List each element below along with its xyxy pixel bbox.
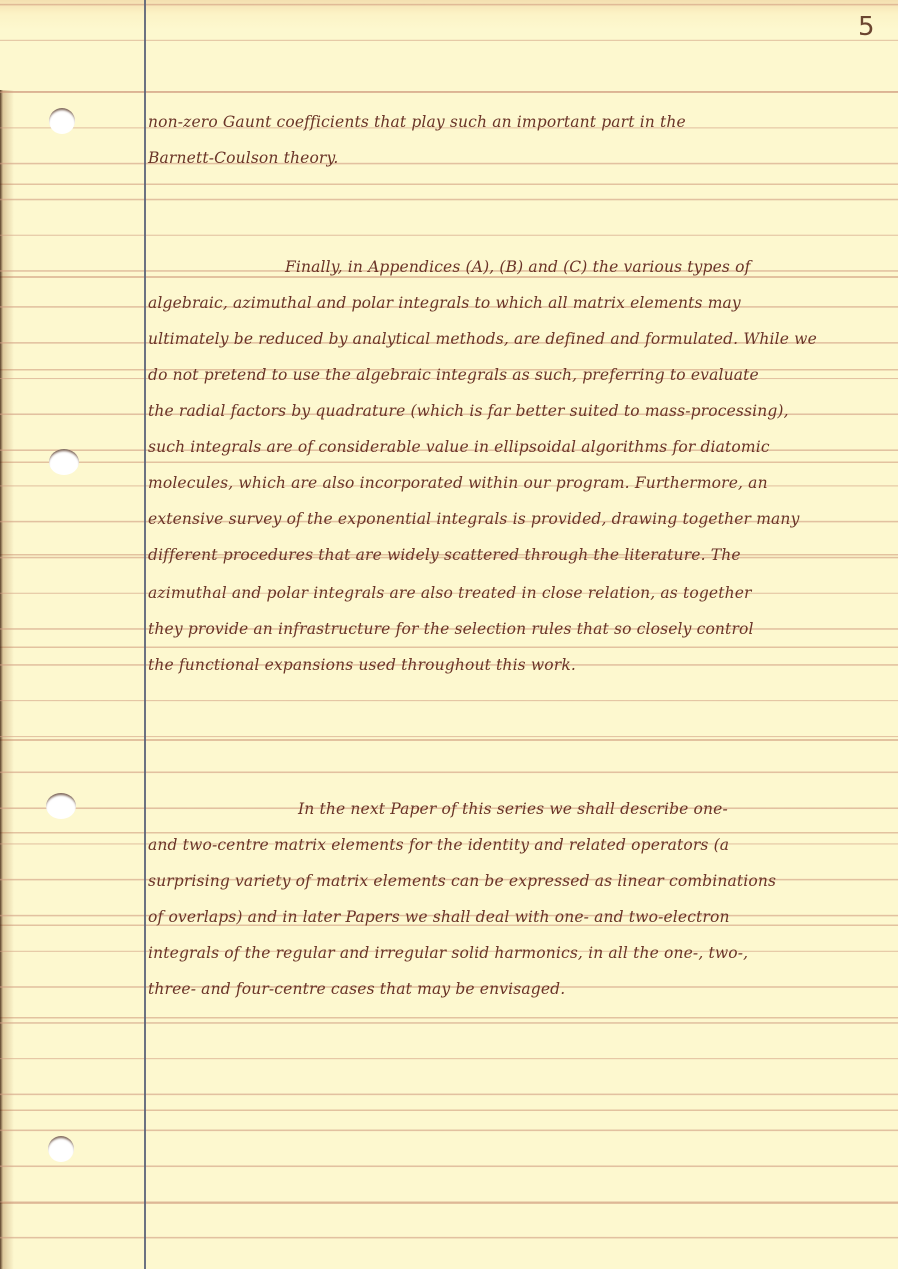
- text-line: Barnett-Coulson theory.: [148, 149, 338, 167]
- notebook-page: 5 non-zero Gaunt coefficients that play …: [0, 0, 898, 1269]
- text-line: Finally, in Appendices (A), (B) and (C) …: [285, 258, 751, 276]
- text-line: integrals of the regular and irregular s…: [148, 944, 748, 962]
- text-line: the radial factors by quadrature (which …: [148, 402, 789, 420]
- text-line: and two-centre matrix elements for the i…: [148, 836, 729, 854]
- text-line: do not pretend to use the algebraic inte…: [148, 366, 759, 384]
- text-line: surprising variety of matrix elements ca…: [148, 872, 776, 890]
- text-line: molecules, which are also incorporated w…: [148, 474, 768, 492]
- punch-hole: [49, 108, 75, 134]
- text-line: of overlaps) and in later Papers we shal…: [148, 908, 730, 926]
- top-edge: [0, 0, 898, 90]
- text-line: different procedures that are widely sca…: [148, 546, 741, 564]
- punch-hole: [49, 449, 79, 475]
- page-number: 5: [858, 12, 875, 42]
- text-line: the functional expansions used throughou…: [148, 656, 576, 674]
- text-line: ultimately be reduced by analytical meth…: [148, 330, 817, 348]
- punch-hole: [46, 793, 76, 819]
- text-line: such integrals are of considerable value…: [148, 438, 770, 456]
- text-line: three- and four-centre cases that may be…: [148, 980, 565, 998]
- punch-hole: [48, 1136, 74, 1162]
- text-line: non-zero Gaunt coefficients that play su…: [148, 113, 686, 131]
- text-line: In the next Paper of this series we shal…: [298, 800, 728, 818]
- text-line: algebraic, azimuthal and polar integrals…: [148, 294, 741, 312]
- text-line: azimuthal and polar integrals are also t…: [148, 584, 752, 602]
- text-line: they provide an infrastructure for the s…: [148, 620, 754, 638]
- margin-line: [144, 0, 146, 1269]
- text-line: extensive survey of the exponential inte…: [148, 510, 799, 528]
